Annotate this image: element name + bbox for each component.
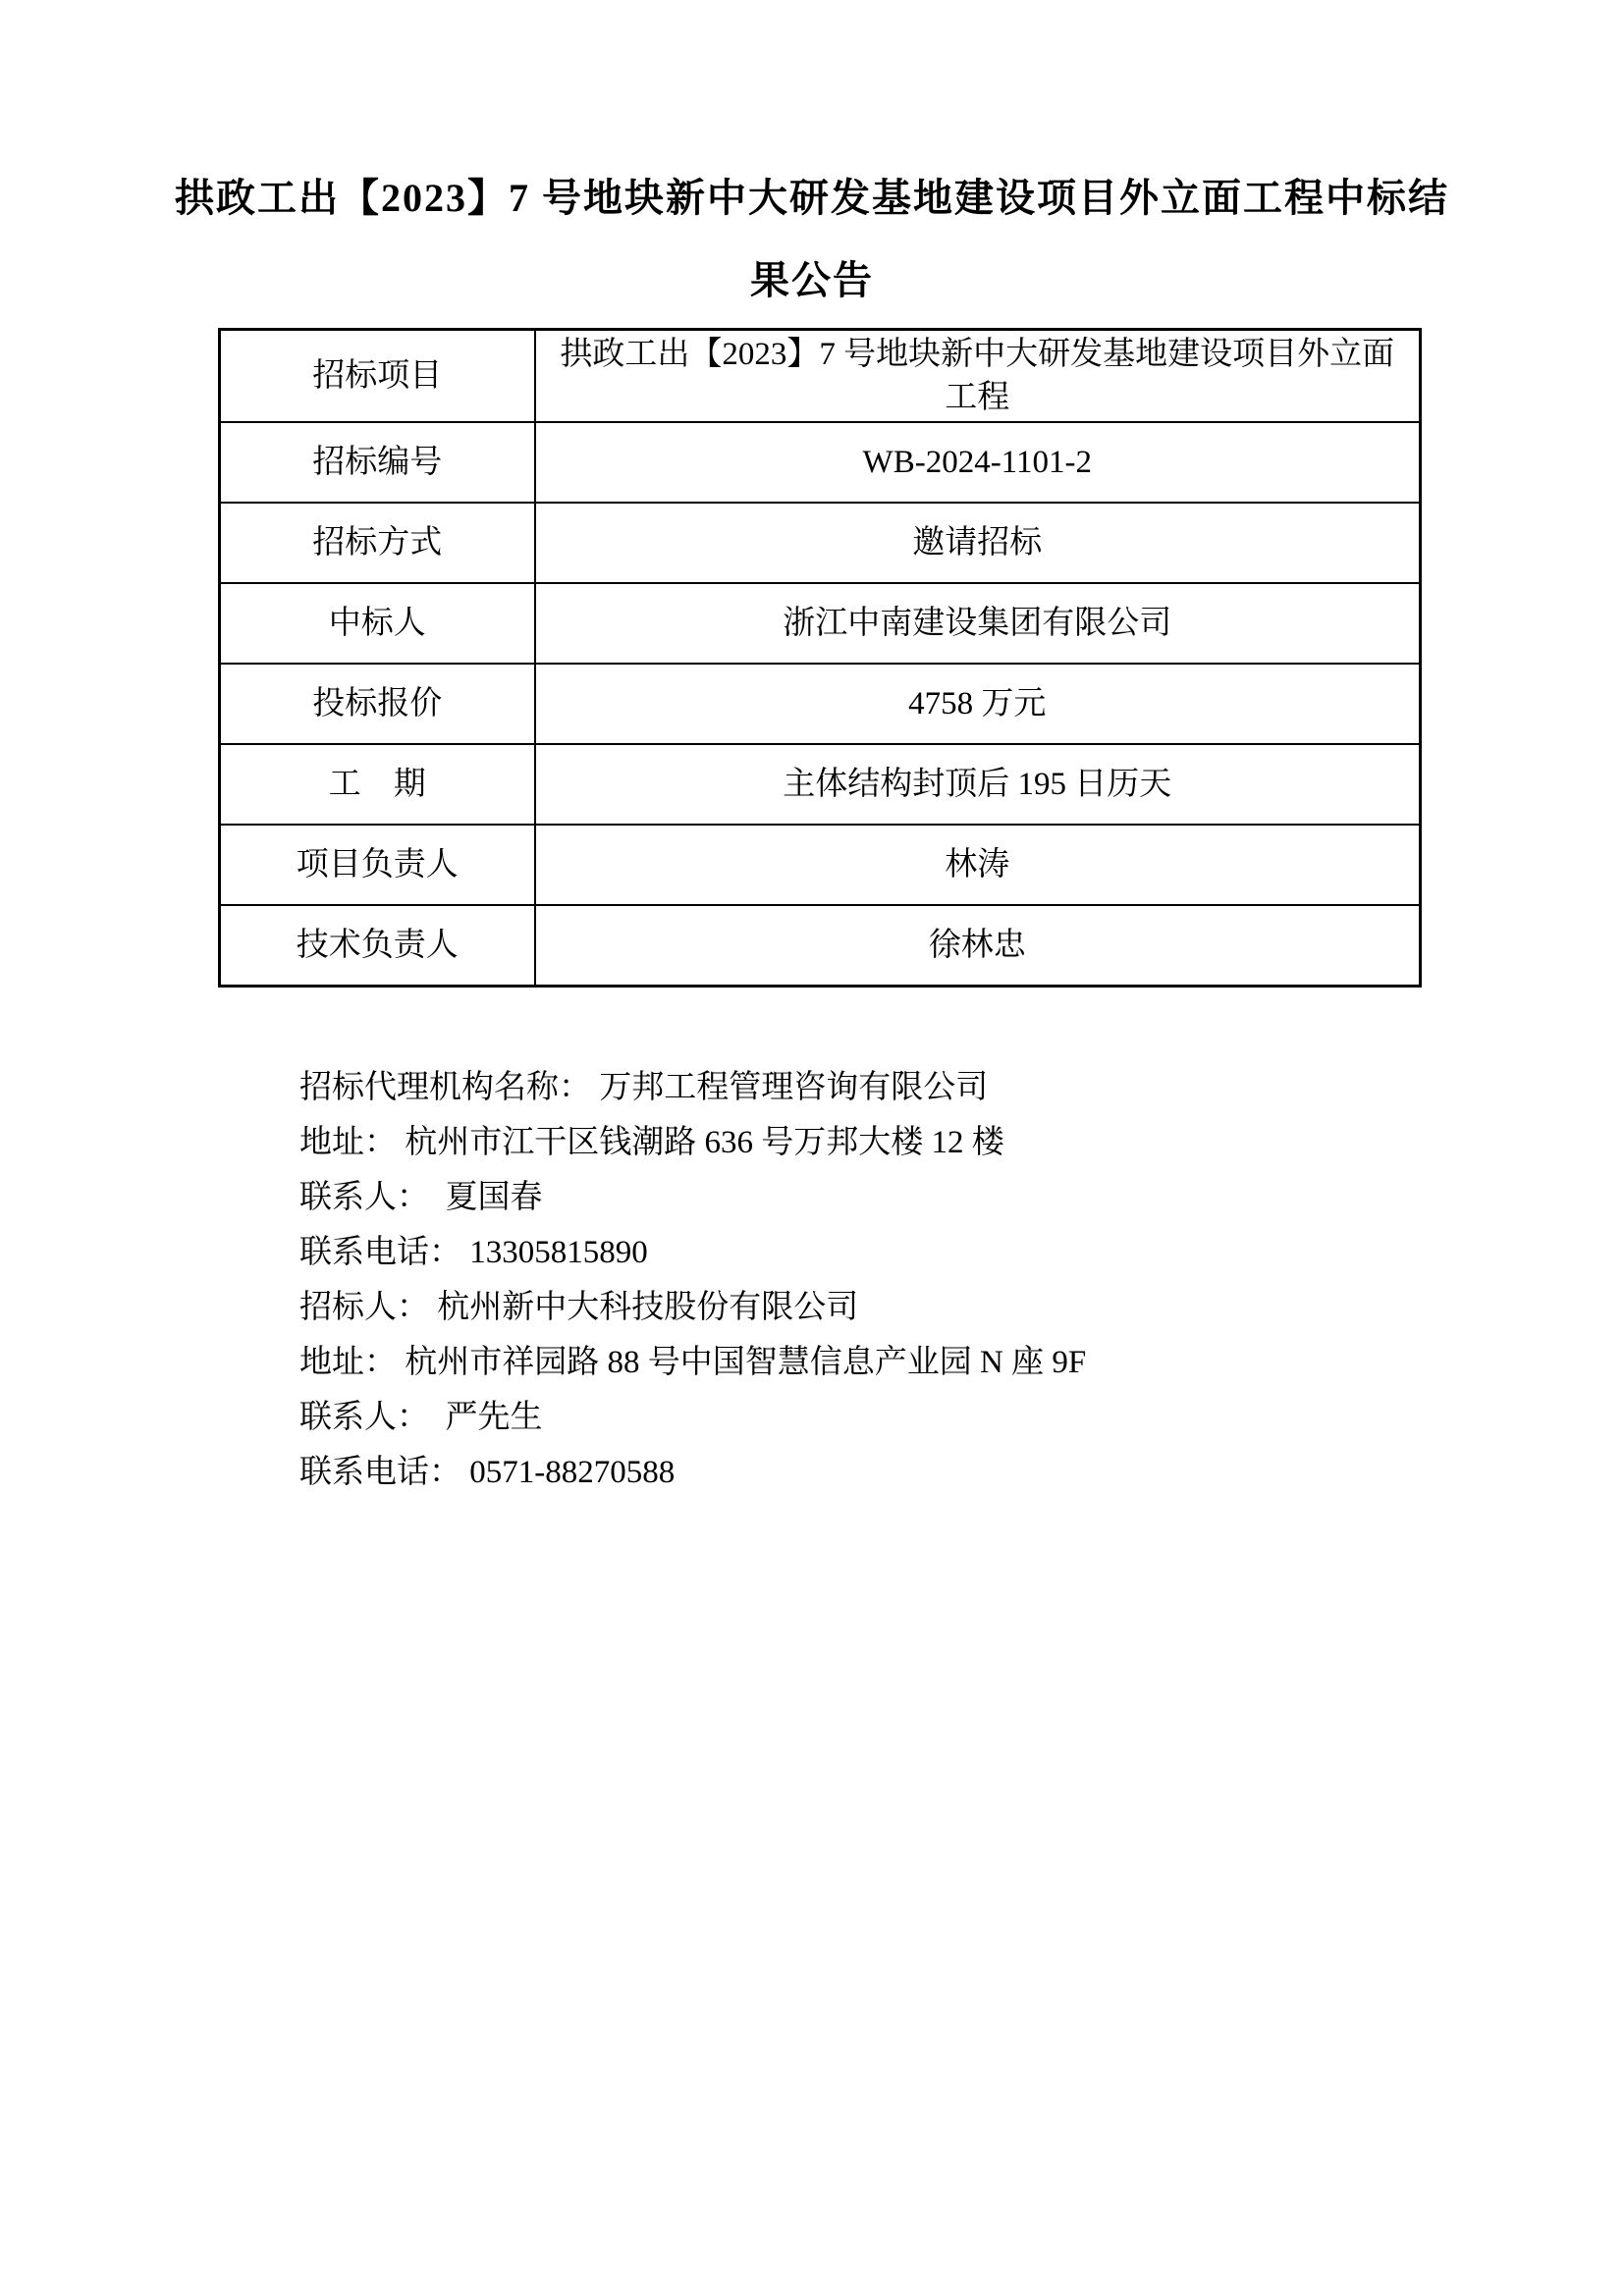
row-value: 林涛: [535, 825, 1421, 905]
table-row-bid-number: 招标编号 WB-2024-1101-2: [220, 422, 1421, 503]
row-label: 中标人: [220, 583, 535, 664]
row-label: 招标项目: [220, 330, 535, 423]
contact-line-agency-name: 招标代理机构名称： 万邦工程管理咨询有限公司: [299, 1060, 1624, 1115]
contact-line-tenderer-person: 联系人： 严先生: [299, 1390, 1624, 1445]
table-row-construction-period: 工 期 主体结构封顶后 195 日历天: [220, 744, 1421, 825]
row-label: 项目负责人: [220, 825, 535, 905]
row-label: 招标方式: [220, 503, 535, 583]
contact-line-tenderer-phone: 联系电话： 0571-88270588: [299, 1445, 1624, 1500]
row-label: 技术负责人: [220, 905, 535, 987]
bid-result-table: 招标项目 拱政工出【2023】7 号地块新中大研发基地建设项目外立面 工程 招标…: [218, 328, 1422, 988]
row-value: 主体结构封顶后 195 日历天: [535, 744, 1421, 825]
table-row-technical-manager: 技术负责人 徐林忠: [220, 905, 1421, 987]
row-value: 徐林忠: [535, 905, 1421, 987]
contact-block: 招标代理机构名称： 万邦工程管理咨询有限公司 地址： 杭州市江干区钱潮路 636…: [299, 1060, 1624, 1500]
table-row-bid-project: 招标项目 拱政工出【2023】7 号地块新中大研发基地建设项目外立面 工程: [220, 330, 1421, 423]
row-value: 浙江中南建设集团有限公司: [535, 583, 1421, 664]
contact-line-agency-address: 地址： 杭州市江干区钱潮路 636 号万邦大楼 12 楼: [299, 1115, 1624, 1170]
row-value: 拱政工出【2023】7 号地块新中大研发基地建设项目外立面 工程: [535, 330, 1421, 423]
row-value: 4758 万元: [535, 664, 1421, 744]
contact-line-tenderer-name: 招标人： 杭州新中大科技股份有限公司: [299, 1280, 1624, 1335]
page-title: 拱政工出【2023】7 号地块新中大研发基地建设项目外立面工程中标结 果公告: [0, 0, 1624, 322]
table-row-bid-price: 投标报价 4758 万元: [220, 664, 1421, 744]
row-label: 工 期: [220, 744, 535, 825]
row-value: 邀请招标: [535, 503, 1421, 583]
table-row-winning-bidder: 中标人 浙江中南建设集团有限公司: [220, 583, 1421, 664]
table-row-project-manager: 项目负责人 林涛: [220, 825, 1421, 905]
row-label: 投标报价: [220, 664, 535, 744]
contact-line-tenderer-address: 地址： 杭州市祥园路 88 号中国智慧信息产业园 N 座 9F: [299, 1335, 1624, 1390]
document-page: 拱政工出【2023】7 号地块新中大研发基地建设项目外立面工程中标结 果公告 招…: [0, 0, 1624, 2296]
row-label: 招标编号: [220, 422, 535, 503]
contact-line-agency-person: 联系人： 夏国春: [299, 1170, 1624, 1225]
table-row-bid-method: 招标方式 邀请招标: [220, 503, 1421, 583]
contact-line-agency-phone: 联系电话： 13305815890: [299, 1225, 1624, 1280]
row-value: WB-2024-1101-2: [535, 422, 1421, 503]
